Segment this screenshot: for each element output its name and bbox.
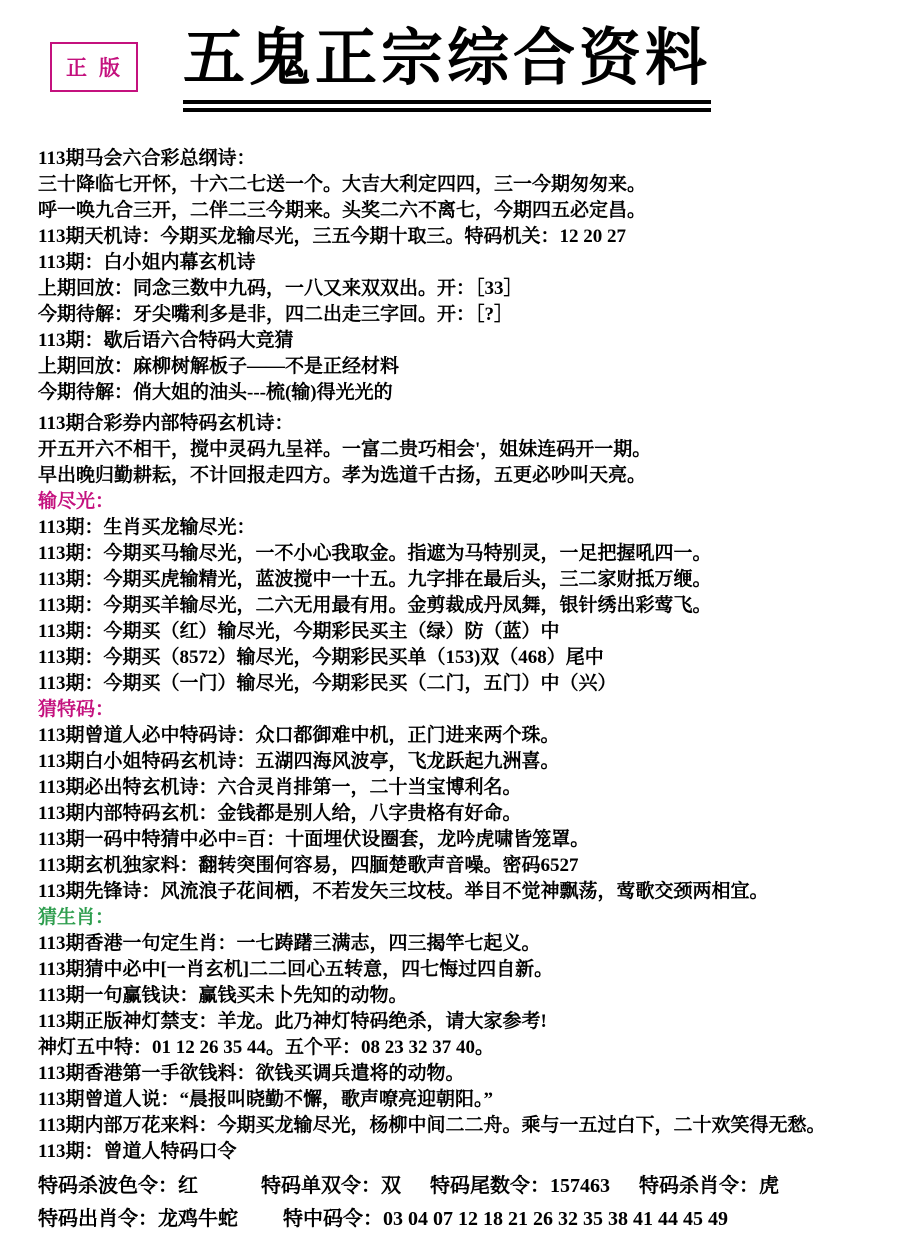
content-body: 113期马会六合彩总纲诗： 三十降临七开怀，十六二七送一个。大吉大利定四四，三一… <box>38 146 878 1236</box>
command-label: 特中码令： <box>283 1208 383 1230</box>
text-line: 113期白小姐特码玄机诗：五湖四海风波亭，飞龙跃起九洲喜。 <box>38 749 878 775</box>
text-line: 113期：生肖买龙输尽光： <box>38 515 878 541</box>
text-line: 开五开六不相干，搅中灵码九呈祥。一富二贵巧相会'，姐妹连码开一期。 <box>38 437 878 463</box>
title-underline-top <box>183 100 711 104</box>
command-value: 龙鸡牛蛇 <box>158 1208 238 1230</box>
text-line: 113期：今期买羊输尽光，二六无用最有用。金剪裁成丹凤舞，银针绣出彩莺飞。 <box>38 593 878 619</box>
text-line: 113期：歇后语六合特码大竞猜 <box>38 328 878 354</box>
text-line: 113期：今期买虎输精光，蓝波搅中一十五。九字排在最后头，三二家财抵万缏。 <box>38 567 878 593</box>
command-field: 特码单双令：双 <box>261 1175 401 1197</box>
text-line: 113期必出特玄机诗：六合灵肖排第一，二十当宝博利名。 <box>38 775 878 801</box>
page: 正版 五鬼正宗综合资料 113期马会六合彩总纲诗： 三十降临七开怀，十六二七送一… <box>0 0 900 1236</box>
text-line: 113期天机诗：今期买龙输尽光，三五今期十取三。特码机关：12 20 27 <box>38 224 878 250</box>
text-line: 113期合彩券内部特码玄机诗： <box>38 411 878 437</box>
text-line: 113期：白小姐内幕玄机诗 <box>38 250 878 276</box>
text-line: 113期：曾道人特码口令 <box>38 1139 878 1165</box>
text-line: 早出晚归勤耕耘，不计回报走四方。孝为选道千古扬，五更必吵叫天亮。 <box>38 463 878 489</box>
command-label: 特码杀肖令： <box>639 1175 759 1197</box>
text-line: 今期待解：牙尖嘴利多是非，四二出走三字回。开：［?］ <box>38 302 878 328</box>
text-line: 呼一唤九合三开，二伴二三今期来。头奖二六不离七，今期四五必定昌。 <box>38 198 878 224</box>
section-heading-caitema: 猜特码： <box>38 697 878 723</box>
text-line: 113期香港第一手欲钱料：欲钱买调兵遣将的动物。 <box>38 1061 878 1087</box>
genuine-badge: 正版 <box>50 42 138 92</box>
special-code-commands: 特码杀波色令：红 特码单双令：双 特码尾数令：157463 特码杀肖令：虎 特码… <box>38 1170 878 1236</box>
command-row-2: 特码出肖令：龙鸡牛蛇 特中码令：03 04 07 12 18 21 26 32 … <box>38 1203 878 1236</box>
section-heading-caishengxiao: 猜生肖： <box>38 905 878 931</box>
text-line: 113期曾道人说：“晨报叫晓勤不懈，歌声嘹亮迎朝阳。” <box>38 1087 878 1113</box>
command-field: 特码出肖令：龙鸡牛蛇 <box>38 1208 238 1230</box>
text-line: 113期马会六合彩总纲诗： <box>38 146 878 172</box>
text-line: 113期：今期买（8572）输尽光，今期彩民买单（153)双（468）尾中 <box>38 645 878 671</box>
command-value: 03 04 07 12 18 21 26 32 35 38 41 44 45 4… <box>383 1208 728 1230</box>
text-line: 三十降临七开怀，十六二七送一个。大吉大利定四四，三一今期匆匆来。 <box>38 172 878 198</box>
page-title: 五鬼正宗综合资料 <box>183 24 711 95</box>
command-field: 特码杀肖令：虎 <box>639 1175 779 1197</box>
text-line: 113期内部特码玄机：金钱都是别人给，八字贵格有好命。 <box>38 801 878 827</box>
text-line: 113期先锋诗：风流浪子花间栖，不若发矢三坟枝。举目不觉神飘荡，莺歌交颈两相宜。 <box>38 879 878 905</box>
section-heading-shujinguang: 输尽光： <box>38 489 878 515</box>
command-row-1: 特码杀波色令：红 特码单双令：双 特码尾数令：157463 特码杀肖令：虎 <box>38 1170 878 1203</box>
command-value: 虎 <box>759 1175 779 1197</box>
command-label: 特码单双令： <box>261 1175 381 1197</box>
title-underline-bottom <box>183 108 711 112</box>
text-line: 113期曾道人必中特码诗：众口都御难中机，正门进来两个珠。 <box>38 723 878 749</box>
command-label: 特码杀波色令： <box>38 1175 178 1197</box>
text-line: 113期玄机独家料：翻转突围何容易，四腼楚歌声音噪。密码6527 <box>38 853 878 879</box>
text-line: 上期回放：麻柳树解板子——不是正经材料 <box>38 354 878 380</box>
text-line: 113期香港一句定生肖：一七踌躇三满志，四三揭竿七起义。 <box>38 931 878 957</box>
text-line: 113期：今期买马输尽光，一不小心我取金。指遮为马特别灵，一足把握吼四一。 <box>38 541 878 567</box>
text-line: 上期回放：同念三数中九码，一八又来双双出。开：［33］ <box>38 276 878 302</box>
text-line: 113期内部万花来料：今期买龙输尽光，杨柳中间二二舟。乘与一五过白下，二十欢笑得… <box>38 1113 878 1139</box>
text-line: 113期：今期买（红）输尽光，今期彩民买主（绿）防（蓝）中 <box>38 619 878 645</box>
text-line: 113期：今期买（一门）输尽光，今期彩民买（二门，五门）中（兴） <box>38 671 878 697</box>
text-line: 113期猜中必中[一肖玄机]二二回心五转意，四七悔过四自新。 <box>38 957 878 983</box>
command-field: 特码尾数令：157463 <box>430 1175 610 1197</box>
command-value: 双 <box>381 1175 401 1197</box>
text-line: 113期正版神灯禁支：羊龙。此乃神灯特码绝杀，请大家参考! <box>38 1009 878 1035</box>
text-line: 今期待解：俏大姐的油头---梳(输)得光光的 <box>38 380 878 406</box>
text-line: 113期一码中特猜中必中=百：十面埋伏设圈套，龙吟虎啸皆笼罩。 <box>38 827 878 853</box>
command-label: 特码尾数令： <box>430 1175 550 1197</box>
command-value: 红 <box>178 1175 198 1197</box>
title-block: 五鬼正宗综合资料 <box>183 24 711 112</box>
text-line: 113期一句赢钱诀：赢钱买未卜先知的动物。 <box>38 983 878 1009</box>
command-label: 特码出肖令： <box>38 1208 158 1230</box>
text-line: 神灯五中特：01 12 26 35 44。五个平：08 23 32 37 40。 <box>38 1035 878 1061</box>
command-field: 特码杀波色令：红 <box>38 1175 198 1197</box>
command-field: 特中码令：03 04 07 12 18 21 26 32 35 38 41 44… <box>283 1208 728 1230</box>
command-value: 157463 <box>550 1175 610 1197</box>
